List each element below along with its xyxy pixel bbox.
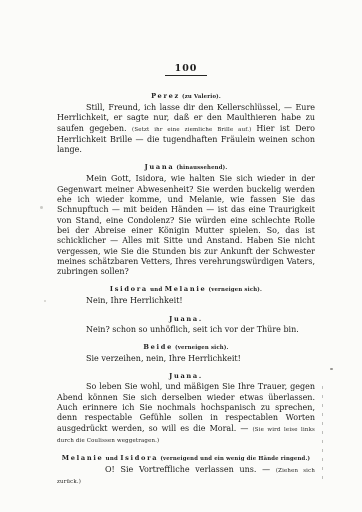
dialogue-paragraph: O! Sie Vortreffliche verlassen uns. — (Z… xyxy=(57,465,315,488)
speaker-name: Melanie xyxy=(62,454,104,462)
dialogue-paragraph: Nein? schon so unhöflich, seit ich vor d… xyxy=(57,325,315,335)
speaker-stage-direction: und xyxy=(148,287,165,293)
speaker-stage-direction: (verneigen sich). xyxy=(206,287,262,293)
scan-artifact-speck xyxy=(330,368,333,370)
book-page: 100Perez (zu Valerio).Still, Freund, ich… xyxy=(0,0,362,512)
speaker-heading: Juana. xyxy=(57,312,315,323)
speaker-heading: Isidora und Melanie (verneigen sich). xyxy=(57,282,315,294)
dialogue-paragraph: Still, Freund, ich lasse dir den Kellers… xyxy=(57,103,315,155)
scan-artifact-speck xyxy=(44,300,46,302)
dialogue-text: Nein? schon so unhöflich, seit ich vor d… xyxy=(86,325,299,334)
scan-artifact-vertical-line xyxy=(322,386,323,481)
dialogue-text: Mein Gott, Isidora, wie halten Sie sich … xyxy=(57,174,315,276)
speaker-name: Juana. xyxy=(169,315,203,323)
page-number-value: 100 xyxy=(165,63,208,76)
speaker-heading: Juana. xyxy=(57,369,315,380)
speaker-stage-direction: (hinaussehend). xyxy=(174,165,227,171)
dialogue-paragraph: Mein Gott, Isidora, wie halten Sie sich … xyxy=(57,174,315,277)
speaker-stage-direction: (zu Valerio). xyxy=(180,94,221,100)
speaker-heading: Melanie und Isidora (verneigend und ein … xyxy=(57,451,315,463)
speaker-stage-direction: (verneigend und ein wenig die Hände ring… xyxy=(158,456,310,462)
speaker-stage-direction: (verneigen sich). xyxy=(173,345,229,351)
scan-artifact-speck xyxy=(40,206,43,209)
page-text-block: 100Perez (zu Valerio).Still, Freund, ich… xyxy=(57,56,315,488)
dialogue-text: O! Sie Vortreffliche verlassen uns. — xyxy=(105,465,276,474)
speaker-name: Juana xyxy=(145,163,175,171)
page-number: 100 xyxy=(57,56,315,76)
speaker-name: Isidora xyxy=(110,285,148,293)
dialogue-paragraph: Sie verzeihen, nein, Ihre Herrlichkeit! xyxy=(57,354,315,364)
dialogue-text: Sie verzeihen, nein, Ihre Herrlichkeit! xyxy=(86,354,241,363)
speaker-name: Melanie xyxy=(165,285,207,293)
dialogue-text: Nein, Ihre Herrlichkeit! xyxy=(86,296,183,305)
dialogue-paragraph: So leben Sie wohl, und mäßigen Sie Ihre … xyxy=(57,382,315,446)
dialogue-paragraph: Nein, Ihre Herrlichkeit! xyxy=(57,296,315,306)
speaker-heading: Beide (verneigen sich). xyxy=(57,340,315,352)
speaker-name: Beide xyxy=(143,343,173,351)
speaker-name: Juana. xyxy=(169,372,203,380)
speaker-name: Isidora xyxy=(120,454,158,462)
speaker-name: Perez xyxy=(151,92,180,100)
speaker-heading: Juana (hinaussehend). xyxy=(57,160,315,172)
dialogue-text: So leben Sie wohl, und mäßigen Sie Ihre … xyxy=(57,382,315,432)
speaker-stage-direction: und xyxy=(103,456,120,462)
inline-stage-direction: (Setzt ihr eine ziemliche Brille auf.) xyxy=(132,127,256,133)
speaker-heading: Perez (zu Valerio). xyxy=(57,89,315,101)
